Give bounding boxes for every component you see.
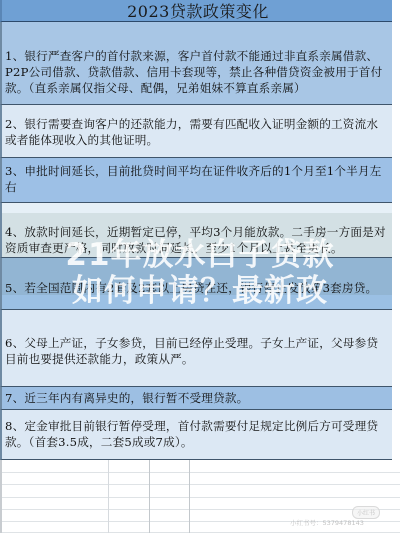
grid-line (2, 484, 400, 485)
policy-row-6: 6、父母上产证，子女参贷，目前已经停止受理。子女上产证，父母参贷目前也要提供还款… (0, 310, 392, 387)
policy-row-5: 5、若全国范围内有2套及2套以上房贷在还，银行停止发放第3套房贷。 (0, 258, 392, 310)
right-margin (392, 0, 400, 460)
watermark-id: 小红书号：5379478143 (290, 518, 364, 527)
grid-column-line (189, 460, 190, 533)
grid-line (2, 509, 400, 510)
policy-text: 6、父母上产证，子女参贷，目前已经停止受理。子女上产证，父母参贷目前也要提供还款… (5, 335, 389, 367)
policy-text: 7、近三年内有离异史的，银行暂不受理贷款。 (5, 390, 389, 406)
grid-line (2, 497, 400, 498)
policy-text: 1、银行严查客户的首付款来源，客户首付款不能通过非直系亲属借款、P2P公司借款、… (5, 48, 389, 96)
policy-row-8: 8、定金审批目前银行暂停受理，首付款需要付足规定比例后方可受理贷款。（首套3.5… (0, 410, 392, 460)
spreadsheet-image: 2023贷款政策变化 1、银行严查客户的首付款来源，客户首付款不能通过非直系亲属… (0, 0, 400, 533)
policy-text: 4、放款时间延长，近期暂定已停，平均3个月能放款。二手房一方面是对资质审查更严格… (5, 224, 389, 256)
row-top-strip (2, 203, 392, 213)
policy-row-1: 1、银行严查客户的首付款来源，客户首付款不能通过非直系亲属借款、P2P公司借款、… (0, 22, 392, 105)
document-title: 2023贷款政策变化 (0, 0, 394, 22)
policy-text: 2、银行需要查询客户的还款能力，需要有匹配收入证明金额的工资流水或者能体现收入的… (5, 116, 389, 148)
grid-line (2, 472, 400, 473)
grid-column-line (108, 460, 109, 533)
policy-row-7: 7、近三年内有离异史的，银行暂不受理贷款。 (0, 387, 392, 410)
policy-text: 8、定金审批目前银行暂停受理，首付款需要付足规定比例后方可受理贷款。（首套3.5… (5, 418, 389, 450)
policy-row-4: 4、放款时间延长，近期暂定已停，平均3个月能放款。二手房一方面是对资质审查更严格… (0, 203, 392, 258)
row-bottom-strip (2, 295, 392, 309)
policy-text: 3、申批时间延长，目前批贷时间平均在证件收齐后的1个月至1个半月左右 (5, 163, 389, 195)
policy-row-3: 3、申批时间延长，目前批贷时间平均在证件收齐后的1个月至1个半月左右 (0, 158, 392, 203)
policy-text: 5、若全国范围内有2套及2套以上房贷在还，银行停止发放第3套房贷。 (5, 280, 389, 296)
policy-row-2: 2、银行需要查询客户的还款能力，需要有匹配收入证明金额的工资流水或者能体现收入的… (0, 105, 392, 158)
grid-column-line (149, 460, 150, 533)
